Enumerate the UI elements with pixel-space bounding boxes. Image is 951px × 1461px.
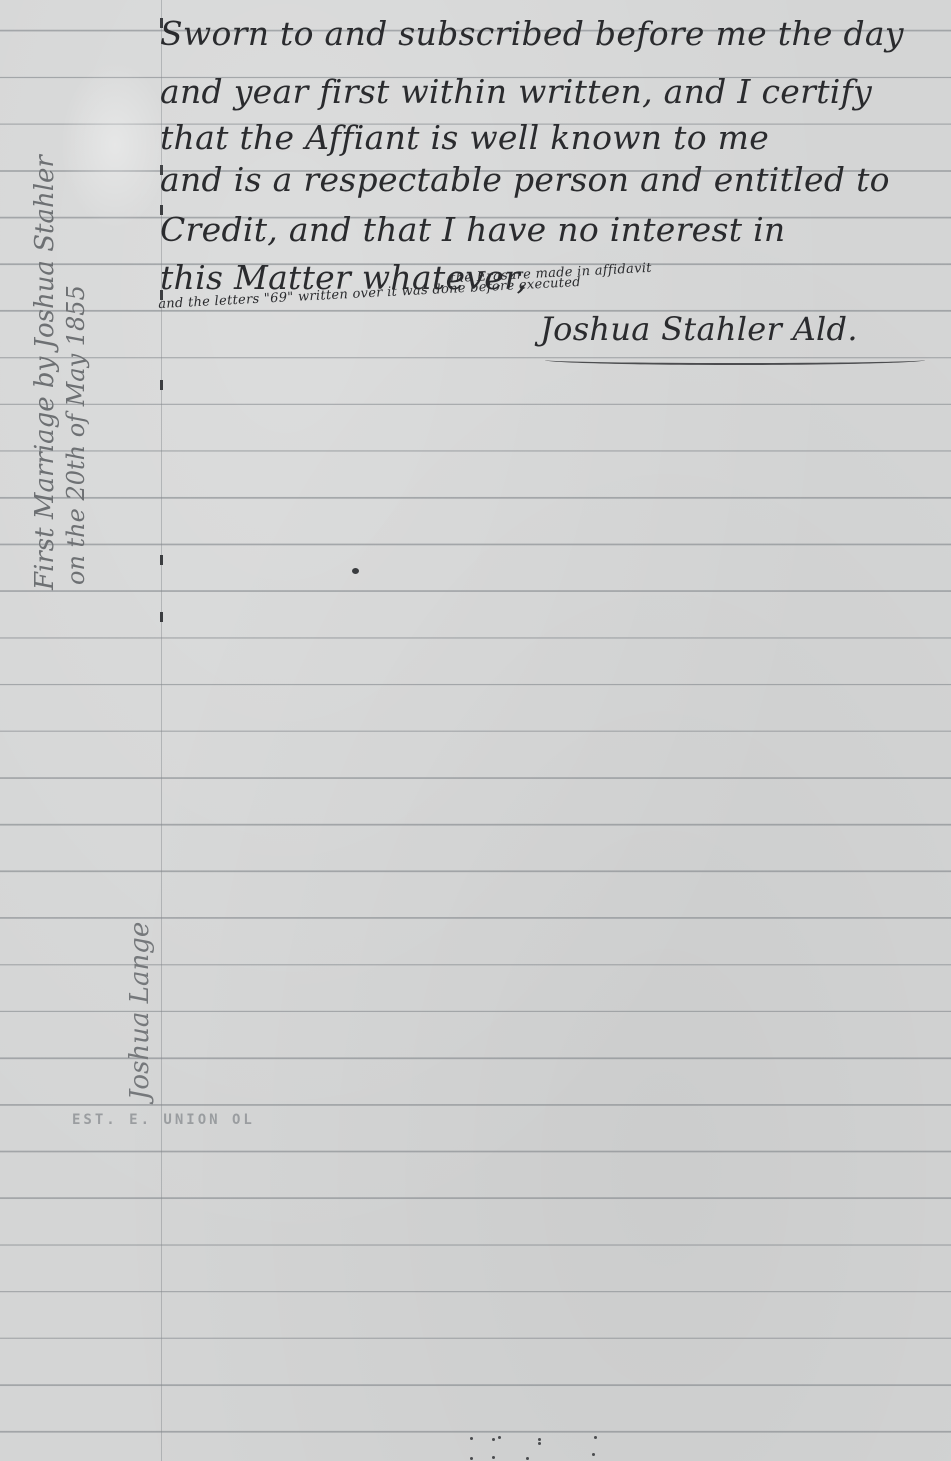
margin-tick xyxy=(160,555,163,565)
body-line-1: Sworn to and subscribed before me the da… xyxy=(160,14,904,53)
signature: Joshua Stahler Ald. xyxy=(540,310,858,348)
pin-holes xyxy=(468,1412,608,1452)
pin-hole xyxy=(492,1456,495,1459)
pin-hole xyxy=(470,1437,473,1440)
pin-hole xyxy=(538,1438,541,1441)
body-line-4: and is a respectable person and entitled… xyxy=(160,160,890,199)
document-page: Sworn to and subscribed before me the da… xyxy=(0,0,951,1461)
faint-stamp: EST. E. UNION OL xyxy=(72,1112,255,1128)
body-line-5: Credit, and that I have no interest in xyxy=(160,210,785,249)
pin-hole xyxy=(594,1436,597,1439)
ink-blot xyxy=(352,568,359,574)
margin-note-vertical-2: on the 20th of May 1855 xyxy=(62,285,90,585)
embossed-seal xyxy=(60,60,170,230)
pin-hole xyxy=(492,1438,495,1441)
pin-hole xyxy=(470,1457,473,1460)
pin-hole xyxy=(538,1442,541,1445)
margin-tick xyxy=(160,612,163,622)
margin-tick xyxy=(160,380,163,390)
margin-note-vertical-1: First Marriage by Joshua Stahler xyxy=(30,155,60,590)
pin-hole xyxy=(592,1453,595,1456)
body-line-3: that the Affiant is well known to me xyxy=(160,118,769,157)
pin-hole xyxy=(526,1457,529,1460)
pin-hole xyxy=(498,1436,501,1439)
margin-note-lower-vertical: Joshua Lange xyxy=(125,922,155,1100)
signature-flourish xyxy=(545,355,925,365)
body-line-2: and year first within written, and I cer… xyxy=(160,72,872,111)
